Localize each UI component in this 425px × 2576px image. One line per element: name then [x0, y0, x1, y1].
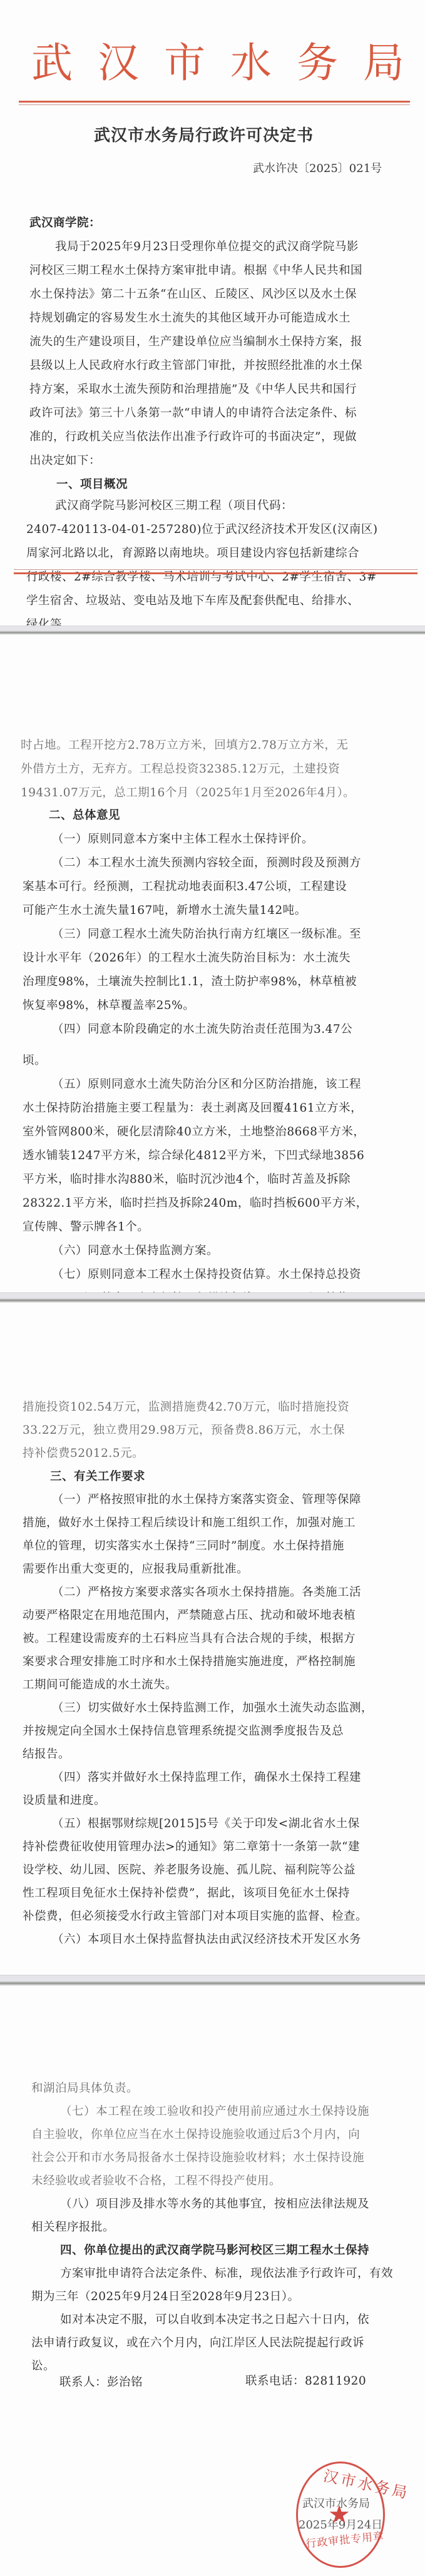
body-line: 设计水平年（2026年）的工程水土流失防治目标为：水土流失: [23, 951, 351, 966]
body-line: 自主验收，你单位应当在水土保持设施验收通过后3个月内，向: [31, 2127, 360, 2142]
body-line: 设质量和进度。: [23, 1793, 106, 1808]
body-line: （六）同意水土保持监测方案。: [52, 1244, 218, 1259]
page-gap: [0, 1975, 425, 1986]
body-line: （三）同意工程水土流失防治执行南方红壤区一级标准。至: [52, 927, 361, 942]
body-line: 和湖泊局具体负责。: [31, 2081, 138, 2096]
body-line: 时占地。工程开挖方2.78万立方米，回填方2.78万立方米，无: [21, 738, 348, 753]
body-line: （五）根据鄂财综规[2015]5号《关于印发<湖北省水土保: [52, 1817, 360, 1832]
body-line: 可能产生水土流失量167吨，新增水土流失量142吨。: [23, 903, 307, 918]
document-number: 武水许决〔2025〕021号: [253, 160, 382, 176]
body-line: 治理度98%，土壤流失控制比1.1，渣土防护率98%，林草植被: [23, 975, 357, 990]
body-line: 法申请行政复议，或在六个月内，向江岸区人民法院提起行政诉: [31, 2336, 364, 2351]
masthead-org-name: 武汉市水务局: [31, 39, 394, 89]
body-line: 补偿费，但必须接受水行政主管部门对本项目实施的监督、检查。: [23, 1909, 367, 1924]
body-line: 周家河北路以北，育源路以南地块。项目建设内容包括新建综合: [26, 546, 359, 561]
body-line: 社会公开和市水务局报备水土保持设施验收材料；水土保持设施: [31, 2151, 364, 2166]
body-line: 水土保持法》第二十五条“在山区、丘陵区、风沙区以及水土保: [29, 287, 357, 302]
body-line: 并按规定向全国水土保持信息管理系统提交监测季度报告及总: [23, 1724, 344, 1739]
body-line: 案要求合理安排施工时序和水土保持措施实施进度，严格控制施: [23, 1655, 356, 1670]
page-gap: [0, 1292, 425, 1303]
body-line: 持补偿费52012.5元。: [23, 1446, 144, 1461]
body-line: 绿化等。: [26, 617, 74, 626]
body-line: 顷。: [23, 1053, 46, 1068]
body-line: 透水铺装1247平方米，综合绿化4812平方米，下凹式绿地3856: [23, 1149, 364, 1164]
addressee: 武汉商学院：: [29, 216, 101, 231]
body-line: 出决定如下：: [29, 454, 101, 469]
body-line: 28322.1平方米，临时拦挡及拆除240m，临时挡板600平方米，: [23, 1196, 368, 1211]
body-line: 需要作出重大变更的，应报我局重新批准。: [23, 1562, 248, 1577]
body-line: 结报告。: [23, 1747, 70, 1762]
body-line: （二）严格按方案要求落实各项水土保持措施。各类施工活: [52, 1585, 361, 1600]
body-line: （四）同意本阶段确定的水土流失防治责任范围为3.47公: [52, 1022, 352, 1037]
body-line: 县级以上人民政府水行政主管部门审批，并按照经批准的水土保: [29, 358, 362, 373]
body-line: 室外管网800米，硬化层清除40立方米，土地整治8668平方米，: [23, 1125, 365, 1140]
body-line: 案基本可行。经预测，工程扰动地表面积3.47公顷，工程建设: [23, 880, 347, 895]
seal-bottom-text: 行政审批专用章: [305, 2527, 385, 2550]
body-line: 被。工程建设需废弃的土石料应当具有合法合规的手续，根据方: [23, 1631, 356, 1646]
body-line: 方案审批申请符合法定条件、标准，现依法准予行政许可，有效: [60, 2266, 393, 2281]
body-line: （一）原则同意本方案中主体工程水土保持评价。: [52, 832, 314, 847]
body-line: 持方案，采取水土流失预防和治理措施”及《中华人民共和国行: [29, 382, 357, 397]
body-line: 措施投资102.54万元，监测措施费42.70万元，临时措施投资: [23, 1400, 349, 1415]
body-line: 2407-420113-04-01-257280)位于武汉经济技术开发区(汉南区…: [26, 522, 378, 537]
body-line: （六）本项目水土保持监督执法由武汉经济技术开发区水务: [52, 1932, 361, 1947]
body-line: 性工程项目免征水土保持补偿费”，据此，该项目免征水土保持: [23, 1886, 350, 1901]
section-heading: 二、总体意见: [49, 808, 120, 823]
body-line: （七）本工程在竣工验收和投产使用前应通过水土保持设施: [60, 2104, 369, 2119]
body-line: 19431.07万元，总工期16个月（2025年1月至2026年4月）。: [21, 786, 355, 801]
body-line: 恢复率98%，林草覆盖率25%。: [23, 998, 195, 1013]
body-line: 水土保持防治措施主要工程量为：表土剥离及回覆4161立方米，: [23, 1101, 362, 1116]
contact-phone: 联系电话：82811920: [245, 2374, 366, 2389]
body-line: 持规划确定的容易发生水土流失的其他区域开办可能造成水土: [29, 311, 351, 326]
page-2: 时占地。工程开挖方2.78万立方米，回填方2.78万立方米，无外借方土方，无弃方…: [0, 635, 425, 1292]
body-line: 我局于2025年9月23日受理你单位提交的武汉商学院马影: [55, 240, 359, 255]
star-icon: ★: [328, 2502, 351, 2527]
masthead-divider-thin: [19, 104, 410, 105]
section-heading: 一、项目概况: [56, 477, 128, 492]
section-heading: 三、有关工作要求: [50, 1469, 145, 1484]
body-line: 学生宿舍、垃圾站、变电站及地下车库及配套供配电、给排水、: [26, 594, 359, 609]
body-line: 流失的生产建设项目，生产建设单位应当编制水土保持方案，报: [29, 335, 362, 350]
body-line: 措施，做好水土保持工程后续设计和施工组织工作，加强对施工: [23, 1516, 356, 1531]
masthead-divider: [19, 101, 410, 103]
body-line: （五）原则同意水土流失防治分区和分区防治措施，该工程: [52, 1077, 361, 1092]
body-line: （三）切实做好水土保持监测工作，加强水土流失动态监测，: [52, 1701, 373, 1716]
body-line: （二）本工程水土流失预测内容较全面，预测时段及预测方: [52, 856, 361, 871]
body-line: 讼。: [31, 2359, 55, 2374]
footer-divider: [14, 572, 417, 574]
body-line: 动要严格限定在用地范围内，严禁随意占压、扰动和破坏地表植: [23, 1608, 356, 1623]
page-1: 武汉市水务局 武汉市水务局行政许可决定书 武水许决〔2025〕021号 武汉商学…: [0, 0, 425, 626]
body-line: 河校区三期工程水土保持方案审批申请。根据《中华人民共和国: [29, 263, 362, 278]
body-line: 宣传牌、警示牌各1个。: [23, 1220, 149, 1235]
body-line: 准的，行政机关应当依法作出准予行政许可的书面决定”，现做: [29, 430, 357, 445]
official-seal: 汉市水务局 ★ 行政审批专用章: [296, 2462, 385, 2568]
body-line: 政许可法》第三十八条第一款“申请人的申请符合法定条件、标: [29, 406, 357, 421]
body-line: （八）项目涉及排水等水务的其他事宜，按相应法律法规及: [60, 2197, 369, 2212]
section-heading: 四、你单位提出的武汉商学院马影河校区三期工程水土保持: [60, 2243, 369, 2258]
body-line: 未经验收或者验收不合格，工程不得投产使用。: [31, 2174, 281, 2189]
footer-divider-thin: [14, 569, 417, 570]
body-line: 武汉商学院马影河校区三期工程（项目代码：: [55, 499, 293, 514]
body-line: （七）原则同意本工程水土保持投资估算。水土保持总投资: [52, 1267, 361, 1282]
body-line: 持补偿费征收使用管理办法>的通知》第二章第十一条第一款“建: [23, 1840, 360, 1855]
body-line: 如对本决定不服，可以自收到本决定书之日起六十日内，依: [60, 2313, 369, 2328]
body-line: 外借方土方，无弃方。工程总投资32385.12万元，土建投资: [21, 762, 340, 777]
body-line: 期为三年（2025年9月24日至2028年9月23日）。: [31, 2289, 300, 2305]
body-line: 设学校、幼儿园、医院、养老服务设施、孤儿院、福利院等公益: [23, 1863, 356, 1878]
body-line: （四）落实并做好水土保持监理工作，确保水土保持工程建: [52, 1770, 361, 1785]
body-line: 平方米，临时排水沟880米，临时沉沙池4个，临时苫盖及拆除: [23, 1172, 351, 1187]
page-3: 措施投资102.54万元，监测措施费42.70万元，临时措施投资33.22万元，…: [0, 1303, 425, 1975]
page-gap: [0, 626, 425, 635]
body-line: （一）严格按照审批的水土保持方案落实资金、管理等保障: [52, 1493, 361, 1508]
document-title: 武汉市水务局行政许可决定书: [94, 125, 314, 146]
body-line: 相关程序报批。: [31, 2220, 115, 2235]
body-line: 工期间可能造成的水土流失。: [23, 1678, 177, 1693]
body-line: 33.22万元，独立费用29.98万元，预备费8.86万元，水土保: [23, 1423, 345, 1438]
contact-person: 联系人：彭治铭: [59, 2375, 143, 2390]
body-line: 单位的管理，切实落实水土保持“三同时”制度。水土保持措施: [23, 1539, 344, 1554]
